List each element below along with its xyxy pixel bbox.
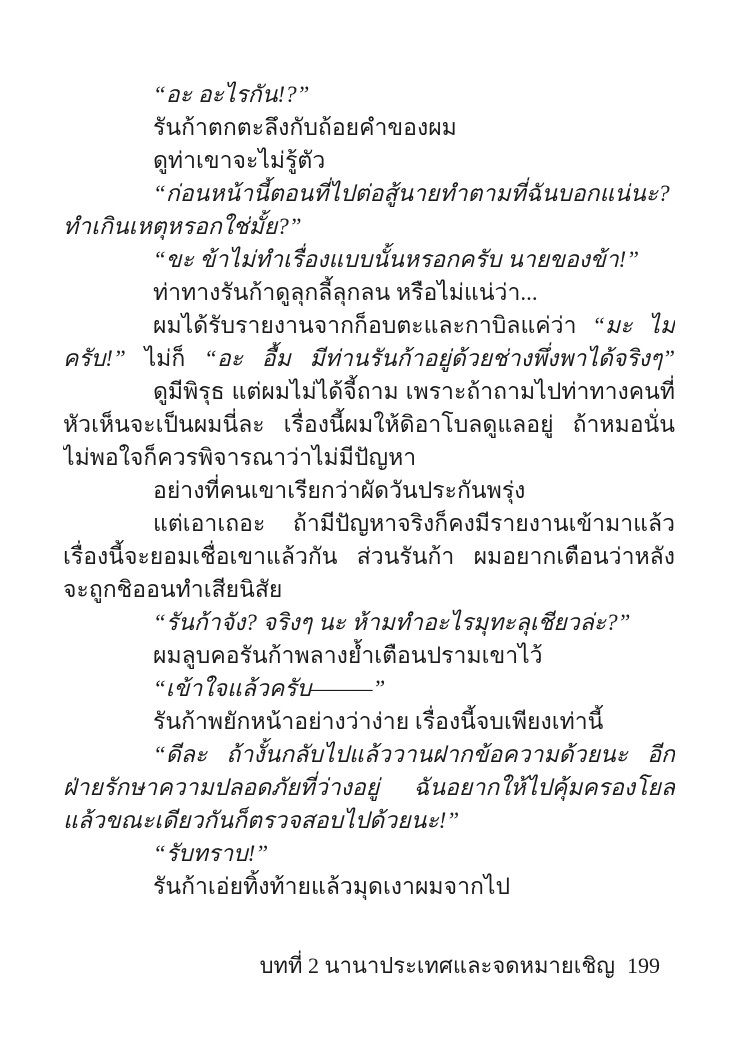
dialogue-text: “รับทราบ!” xyxy=(153,841,268,866)
narration-text: ไม่พอใจก็ควรพิจารณาว่าไม่มีปัญหา xyxy=(63,445,416,470)
body-text: “อะ อะไรกัน!?”รันก้าตกตะลึงกับถ้อยคำของผ… xyxy=(63,78,675,903)
text-line: ฝ่ายรักษาความปลอดภัยที่ว่างอยู่ ฉันอยากใ… xyxy=(63,771,675,804)
text-line: ผมได้รับรายงานจากก็อบตะและกาบิลแค่ว่า “ม… xyxy=(63,309,675,342)
dialogue-text: “ขะ ข้าไม่ทำเรื่องแบบนั้นหรอกครับ นายของ… xyxy=(153,247,639,272)
text-line: ครับ!” ไม่ก็ “อะ อื้ม มีท่านรันก้าอยู่ด้… xyxy=(63,342,675,375)
narration-text: ผมลูบคอรันก้าพลางย้ำเตือนปรามเขาไว้ xyxy=(153,643,543,668)
text-line: เรื่องนี้จะยอมเชื่อเขาแล้วกัน ส่วนรันก้า… xyxy=(63,540,675,573)
book-page: “อะ อะไรกัน!?”รันก้าตกตะลึงกับถ้อยคำของผ… xyxy=(0,0,738,1051)
text-line: จะถูกชิออนทำเสียนิสัย xyxy=(63,573,675,606)
dialogue-text: “รันก้าจัง? จริงๆ นะ ห้ามทำอะไรมุทะลุเชี… xyxy=(153,610,630,635)
text-line: “รันก้าจัง? จริงๆ นะ ห้ามทำอะไรมุทะลุเชี… xyxy=(63,606,675,639)
dialogue-text: “อะ อื้ม มีท่านรันก้าอยู่ด้วยช่างพึ่งพาไ… xyxy=(204,346,675,371)
text-line: “เข้าใจแล้วครับ———” xyxy=(63,672,675,705)
narration-text: จะถูกชิออนทำเสียนิสัย xyxy=(63,577,282,602)
text-line: แต่เอาเถอะ ถ้ามีปัญหาจริงก็คงมีรายงานเข้… xyxy=(63,507,675,540)
narration-text: อย่างที่คนเขาเรียกว่าผัดวันประกันพรุ่ง xyxy=(153,478,525,503)
text-line: ดูท่าเขาจะไม่รู้ตัว xyxy=(63,144,675,177)
dialogue-text: ฝ่ายรักษาความปลอดภัยที่ว่างอยู่ ฉันอยากใ… xyxy=(63,775,675,804)
text-line: ทำเกินเหตุหรอกใช่มั้ย?” xyxy=(63,210,675,243)
narration-text: รันก้าตกตะลึงกับถ้อยคำของผม xyxy=(153,115,457,140)
text-line: หัวเห็นจะเป็นผมนี่ละ เรื่องนี้ผมให้ดิอาโ… xyxy=(63,408,675,441)
text-line: ท่าทางรันก้าดูลุกลี้ลุกลน หรือไม่แน่ว่า.… xyxy=(63,276,675,309)
text-line: “รับทราบ!” xyxy=(63,837,675,870)
dialogue-text: ทำเกินเหตุหรอกใช่มั้ย?” xyxy=(63,214,302,239)
text-line: อย่างที่คนเขาเรียกว่าผัดวันประกันพรุ่ง xyxy=(63,474,675,507)
text-line: “ดีละ ถ้างั้นกลับไปแล้ววานฝากข้อความด้วย… xyxy=(63,738,675,771)
dialogue-text: ครับ!” xyxy=(63,346,145,371)
narration-text: ไม่ก็ xyxy=(145,346,204,371)
narration-text: ดูมีพิรุธ แต่ผมไม่ได้จี้ถาม เพราะถ้าถามไ… xyxy=(153,379,675,408)
text-line: แล้วขณะเดียวกันก็ตรวจสอบไปด้วยนะ!” xyxy=(63,804,675,837)
narration-text: ผมได้รับรายงานจากก็อบตะและกาบิลแค่ว่า xyxy=(153,313,592,338)
narration-text: ดูท่าเขาจะไม่รู้ตัว xyxy=(153,148,325,173)
text-line: “ขะ ข้าไม่ทำเรื่องแบบนั้นหรอกครับ นายของ… xyxy=(63,243,675,276)
narration-text: แต่เอาเถอะ ถ้ามีปัญหาจริงก็คงมีรายงานเข้… xyxy=(153,511,675,540)
text-line: รันก้าตกตะลึงกับถ้อยคำของผม xyxy=(63,111,675,144)
narration-text: รันก้าเอ่ยทิ้งท้ายแล้วมุดเงาผมจากไป xyxy=(153,874,510,899)
text-line: รันก้าเอ่ยทิ้งท้ายแล้วมุดเงาผมจากไป xyxy=(63,870,675,903)
page-number: 199 xyxy=(627,951,660,981)
dialogue-text: “เข้าใจแล้วครับ———” xyxy=(153,676,385,701)
page-footer: บทที่ 2 นานาประเทศและจดหมายเชิญ 199 xyxy=(260,951,660,981)
text-line: ผมลูบคอรันก้าพลางย้ำเตือนปรามเขาไว้ xyxy=(63,639,675,672)
dialogue-text: แล้วขณะเดียวกันก็ตรวจสอบไปด้วยนะ!” xyxy=(63,808,459,833)
text-line: “อะ อะไรกัน!?” xyxy=(63,78,675,111)
narration-text: ท่าทางรันก้าดูลุกลี้ลุกลน หรือไม่แน่ว่า.… xyxy=(153,280,538,305)
chapter-title: บทที่ 2 นานาประเทศและจดหมายเชิญ xyxy=(260,951,615,981)
text-line: ไม่พอใจก็ควรพิจารณาว่าไม่มีปัญหา xyxy=(63,441,675,474)
narration-text: หัวเห็นจะเป็นผมนี่ละ เรื่องนี้ผมให้ดิอาโ… xyxy=(63,412,675,441)
text-line: รันก้าพยักหน้าอย่างว่าง่าย เรื่องนี้จบเพ… xyxy=(63,705,675,738)
text-line: “ก่อนหน้านี้ตอนที่ไปต่อสู้นายทำตามที่ฉัน… xyxy=(63,177,675,210)
dialogue-text: “ก่อนหน้านี้ตอนที่ไปต่อสู้นายทำตามที่ฉัน… xyxy=(153,181,670,210)
dialogue-text: “อะ อะไรกัน!?” xyxy=(153,82,309,107)
narration-text: รันก้าพยักหน้าอย่างว่าง่าย เรื่องนี้จบเพ… xyxy=(153,709,603,734)
narration-text: เรื่องนี้จะยอมเชื่อเขาแล้วกัน ส่วนรันก้า… xyxy=(63,544,675,573)
dialogue-text: “ดีละ ถ้างั้นกลับไปแล้ววานฝากข้อความด้วย… xyxy=(153,742,675,771)
text-line: ดูมีพิรุธ แต่ผมไม่ได้จี้ถาม เพราะถ้าถามไ… xyxy=(63,375,675,408)
